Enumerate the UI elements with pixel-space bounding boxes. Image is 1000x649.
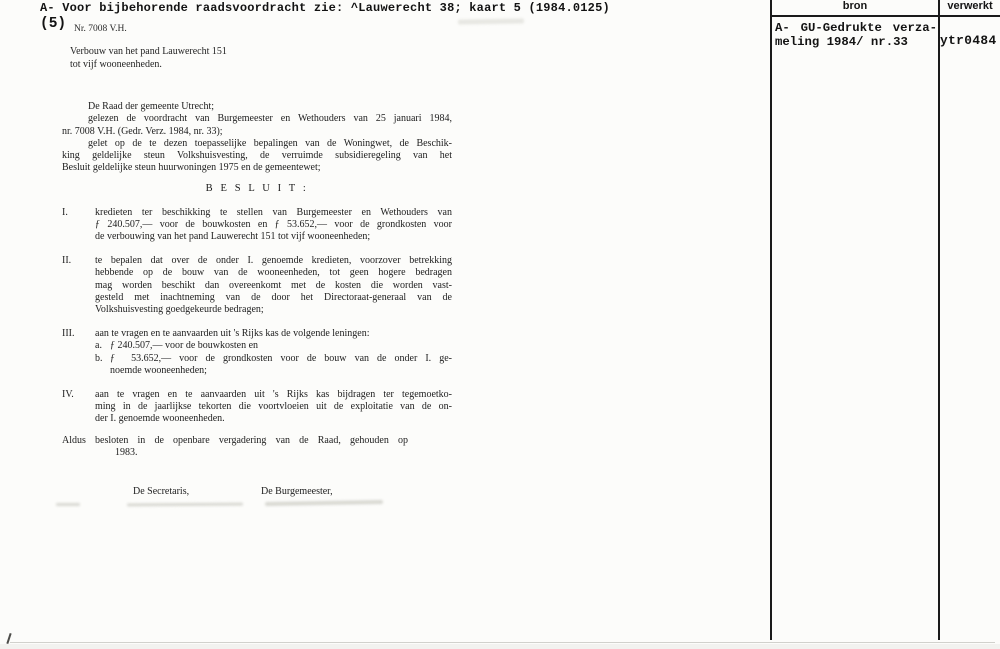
register-header-row: bron verwerkt [772,0,1000,17]
item-number: IV. [62,389,95,426]
text-line: de verbouwing van het pand Lauwerecht 15… [95,231,452,243]
intro-paragraph-2: gelezen de voordracht van Burgemeester e… [62,113,452,138]
text-line: Aldus besloten in de openbare vergaderin… [62,435,408,447]
council-decision-body: De Raad der gemeente Utrecht; gelezen de… [62,101,452,500]
text-line: noemde wooneenheden; [110,365,452,377]
sub-item-b: b. ƒ 53.652,— voor de grondkosten voor d… [95,353,452,378]
intro-paragraph-1: De Raad der gemeente Utrecht; [62,101,452,113]
document-number: Nr. 7008 V.H. [74,24,127,34]
annotation-reference-line: A- Voor bijbehorende raadsvoordracht zie… [40,1,610,15]
text-line: Besluit geldelijke steun huurwoningen 19… [62,162,452,174]
text-line: Verbouw van het pand Lauwerecht 151 [70,45,227,58]
closing-paragraph: Aldus besloten in de openbare vergaderin… [62,435,408,460]
sub-item-a: a. ƒ 240.507,— voor de bouwkosten en [95,340,452,352]
text-line: gesteld met inachtneming van de door het… [95,292,452,304]
signature-row: De Secretaris, De Burgemeester, [62,486,452,500]
scanned-document-page: A- Voor bijbehorende raadsvoordracht zie… [0,0,1000,649]
item-text: te bepalen dat over de onder I. genoemde… [95,255,452,316]
item-number: I. [62,207,95,244]
text-line: ming in de jaarlijkse tekorten die voort… [95,401,452,413]
item-text: aan te vragen en te aanvaarden uit 's Ri… [95,389,452,426]
text-line: kredieten ter beschikking te stellen van… [95,207,452,219]
register-header-verwerkt: verwerkt [938,0,1000,15]
item-number: II. [62,255,95,316]
signature-smudge-secretaris [127,503,243,507]
decision-item-4: IV. aan te vragen en te aanvaarden uit '… [62,389,452,426]
decision-item-1: I. kredieten ter beschikking te stellen … [62,207,452,244]
text-line: A- GU-Gedrukte verza- [775,21,937,35]
document-subject: Verbouw van het pand Lauwerecht 151tot v… [70,45,227,71]
text-line: der I. genoemde wooneenheden. [95,413,452,425]
register-column-divider [938,0,940,640]
sub-item-number: a. [95,340,110,352]
item-text: aan te vragen en te aanvaarden uit 's Ri… [95,328,452,377]
text-line: ƒ 240.507,— voor de bouwkosten en [110,340,452,352]
text-line: te bepalen dat over de onder I. genoemde… [95,255,452,267]
scan-bottom-band [0,644,1000,649]
text-line: mag worden beschikt dan overeenkomt met … [95,280,452,292]
decision-item-2: II. te bepalen dat over de onder I. geno… [62,255,452,316]
signature-secretaris: De Secretaris, [133,486,189,498]
register-header-bron: bron [772,0,938,15]
signature-smudge-left-margin [56,503,80,506]
text-line: ƒ 53.652,— voor de grondkosten voor de b… [110,353,452,365]
text-line: tot vijf wooneenheden. [70,58,227,71]
scan-bottom-edge-line [10,642,995,643]
scan-corner-tick [6,633,11,644]
text-line: king geldelijke steun Volkshuisvesting, … [62,150,452,162]
register-bron-value: A- GU-Gedrukte verza-meling 1984/ nr.33 [775,21,937,49]
sub-item-text: ƒ 53.652,— voor de grondkosten voor de b… [110,353,452,378]
intro-paragraph-3: gelet op de te dezen toepasselijke bepal… [62,138,452,175]
decision-item-3: III. aan te vragen en te aanvaarden uit … [62,328,452,377]
text-line: hebbende op de bouw van de wooneenheden,… [95,267,452,279]
item-text: kredieten ter beschikking te stellen van… [95,207,452,244]
register-table: bron verwerkt A- GU-Gedrukte verza-melin… [770,0,1000,640]
text-line: aan te vragen en te aanvaarden uit 's Ri… [95,328,452,340]
text-line: aan te vragen en te aanvaarden uit 's Ri… [95,389,452,401]
sub-item-number: b. [95,353,110,378]
text-line: ƒ 240.507,— voor de bouwkosten en ƒ 53.6… [95,219,452,231]
text-line: meling 1984/ nr.33 [775,35,937,49]
signature-smudge-burgemeester [265,500,383,506]
text-line: gelezen de voordracht van Burgemeester e… [62,113,452,125]
decision-heading: B E S L U I T : [62,183,452,195]
text-line: De Raad der gemeente Utrecht; [62,101,452,113]
register-verwerkt-value: ytr0484 [940,33,997,48]
item-number: III. [62,328,95,377]
text-line: gelet op de te dezen toepasselijke bepal… [62,138,452,150]
sub-item-text: ƒ 240.507,— voor de bouwkosten en [110,340,452,352]
text-line: nr. 7008 V.H. (Gedr. Verz. 1984, nr. 33)… [62,126,452,138]
text-line: Volkshuisvesting goedgekeurde bedragen; [95,304,452,316]
text-line: 1983. [115,447,408,459]
item-text-intro: aan te vragen en te aanvaarden uit 's Ri… [95,328,452,340]
signature-burgemeester: De Burgemeester, [261,486,333,498]
